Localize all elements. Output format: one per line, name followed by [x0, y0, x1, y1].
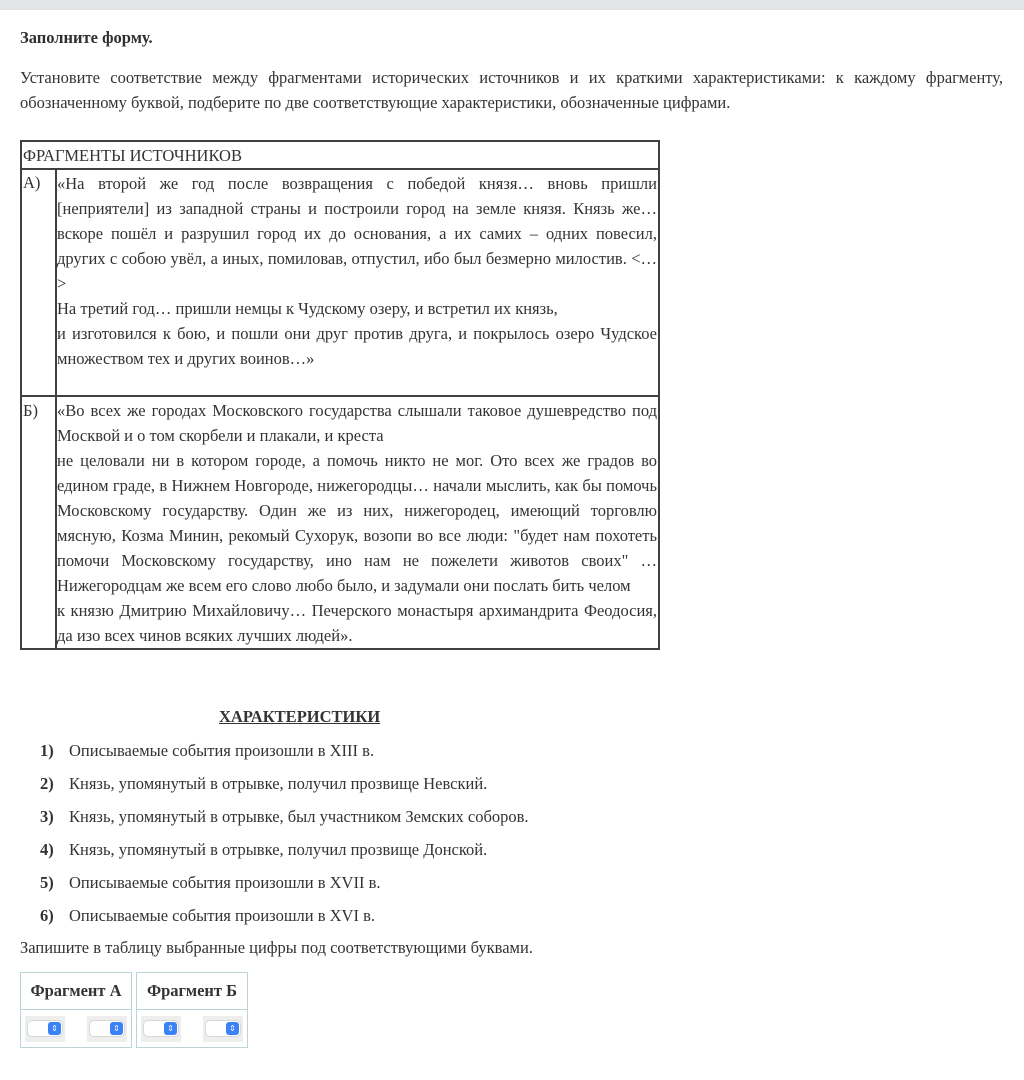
- answer-select-cell: ⇕: [141, 1016, 181, 1042]
- fragment-b-select-1[interactable]: ⇕: [144, 1021, 178, 1036]
- characteristic-text: Князь, упомянутый в отрывке, был участни…: [69, 807, 529, 826]
- answer-selects-row: ⇕ ⇕: [21, 1010, 131, 1047]
- characteristics-list: 1)Описываемые события произошли в XIII в…: [40, 740, 529, 938]
- characteristic-item: 6)Описываемые события произошли в XVI в.: [40, 905, 529, 938]
- up-down-chevron-icon: ⇕: [48, 1022, 61, 1035]
- characteristic-number: 2): [40, 773, 69, 795]
- characteristic-item: 2)Князь, упомянутый в отрывке, получил п…: [40, 773, 529, 806]
- characteristic-text: Описываемые события произошли в XVII в.: [69, 873, 381, 892]
- answer-column-a: Фрагмент А ⇕ ⇕: [20, 972, 132, 1048]
- characteristic-item: 5)Описываемые события произошли в XVII в…: [40, 872, 529, 905]
- characteristic-item: 1)Описываемые события произошли в XIII в…: [40, 740, 529, 773]
- fragment-paragraph: и изготовился к бою, и пошли они друг пр…: [57, 321, 657, 371]
- answer-column-header: Фрагмент Б: [137, 973, 247, 1010]
- answer-selects-row: ⇕ ⇕: [137, 1010, 247, 1047]
- fragment-letter: А): [21, 169, 56, 396]
- answer-select-cell: ⇕: [203, 1016, 243, 1042]
- characteristic-number: 4): [40, 839, 69, 861]
- characteristic-text: Князь, упомянутый в отрывке, получил про…: [69, 774, 487, 793]
- answer-select-cell: ⇕: [87, 1016, 127, 1042]
- form-title: Заполните форму.: [20, 28, 153, 48]
- sources-table: ФРАГМЕНТЫ ИСТОЧНИКОВ А) «На второй же го…: [20, 140, 660, 650]
- characteristics-heading: ХАРАКТЕРИСТИКИ: [219, 707, 380, 727]
- fragment-text: «На второй же год после возвращения с по…: [56, 169, 659, 396]
- fragment-b-select-2[interactable]: ⇕: [206, 1021, 240, 1036]
- characteristic-number: 1): [40, 740, 69, 762]
- fragment-text: «Во всех же городах Московского государс…: [56, 396, 659, 649]
- characteristic-number: 6): [40, 905, 69, 927]
- top-bar: [0, 0, 1024, 10]
- fragment-row-a: А) «На второй же год после возвращения с…: [21, 169, 659, 396]
- characteristic-number: 5): [40, 872, 69, 894]
- characteristic-item: 4)Князь, упомянутый в отрывке, получил п…: [40, 839, 529, 872]
- fragment-paragraph: к князю Дмитрию Михайловичу… Печерского …: [57, 598, 657, 648]
- up-down-chevron-icon: ⇕: [226, 1022, 239, 1035]
- up-down-chevron-icon: ⇕: [110, 1022, 123, 1035]
- fragment-paragraph: На третий год… пришли немцы к Чудскому о…: [57, 296, 657, 321]
- fragment-paragraph: «На второй же год после возвращения с по…: [57, 171, 657, 296]
- fragment-a-select-1[interactable]: ⇕: [28, 1021, 62, 1036]
- characteristic-text: Описываемые события произошли в XVI в.: [69, 906, 375, 925]
- fragment-letter: Б): [21, 396, 56, 649]
- answer-table: Фрагмент А ⇕ ⇕ Фрагмент Б ⇕: [20, 972, 248, 1048]
- characteristic-text: Князь, упомянутый в отрывке, получил про…: [69, 840, 487, 859]
- characteristic-number: 3): [40, 806, 69, 828]
- answer-select-cell: ⇕: [25, 1016, 65, 1042]
- fragment-row-b: Б) «Во всех же городах Московского госуд…: [21, 396, 659, 649]
- characteristic-text: Описываемые события произошли в XIII в.: [69, 741, 374, 760]
- characteristic-item: 3)Князь, упомянутый в отрывке, был участ…: [40, 806, 529, 839]
- answer-instruction: Запишите в таблицу выбранные цифры под с…: [20, 938, 533, 958]
- answer-column-header: Фрагмент А: [21, 973, 131, 1010]
- answer-column-b: Фрагмент Б ⇕ ⇕: [136, 972, 248, 1048]
- fragment-paragraph: «Во всех же городах Московского государс…: [57, 398, 657, 448]
- fragment-paragraph: не целовали ни в котором городе, а помоч…: [57, 448, 657, 598]
- task-instructions: Установите соответствие между фрагментам…: [20, 65, 1003, 115]
- sources-table-header: ФРАГМЕНТЫ ИСТОЧНИКОВ: [21, 141, 659, 169]
- fragment-a-select-2[interactable]: ⇕: [90, 1021, 124, 1036]
- up-down-chevron-icon: ⇕: [164, 1022, 177, 1035]
